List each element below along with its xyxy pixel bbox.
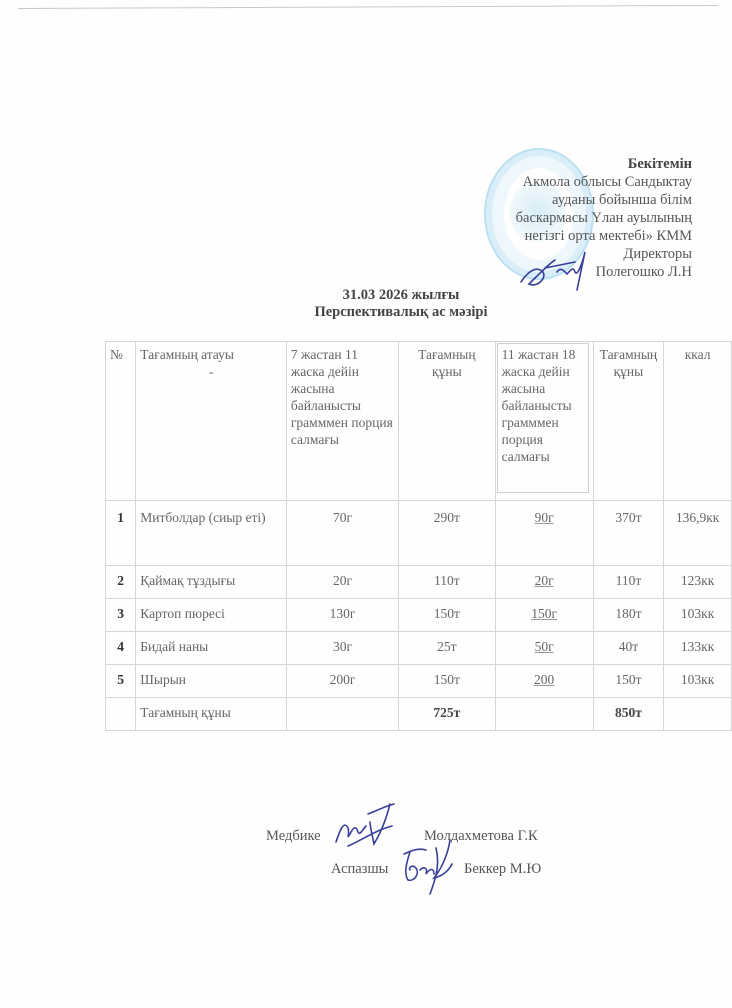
row-price-11-18: 40т	[593, 632, 664, 665]
header-price-7-11: Тағамның құны	[399, 342, 495, 501]
row-grams-7-11: 200г	[286, 665, 398, 698]
table-row: 3 Картоп пюресі 130г 150т 150г 180т 103к…	[106, 599, 732, 632]
row-grams-11-18-cell: 200	[495, 665, 593, 698]
table-row: 5 Шырын 200г 150т 200 150т 103кк	[106, 665, 732, 698]
cook-name: Беккер М.Ю	[464, 861, 541, 878]
row-grams-7-11: 70г	[286, 501, 398, 566]
total-num	[106, 698, 136, 731]
cook-signature-icon	[396, 838, 466, 898]
header-name-label: Тағамның атауы	[140, 346, 282, 363]
approval-line: ауданы бойынша білім	[452, 191, 692, 209]
approval-title: Бекітемін	[452, 155, 692, 173]
header-grams-7-11: 7 жастан 11 жаска дейін жасына байланыст…	[286, 342, 398, 501]
total-label: Тағамның құны	[136, 698, 287, 731]
row-num: 4	[106, 632, 136, 665]
row-price-7-11: 110т	[399, 566, 495, 599]
approval-line: негізгі орта мектебі» КММ	[452, 227, 692, 245]
row-grams-7-11: 30г	[286, 632, 398, 665]
row-kcal: 103кк	[664, 599, 732, 632]
row-num: 5	[106, 665, 136, 698]
row-price-11-18: 150т	[593, 665, 664, 698]
row-price-7-11: 150т	[399, 599, 495, 632]
header-grams-11-18-cell: 11 жастан 18 жаска дейін жасына байланыс…	[495, 342, 593, 501]
row-price-11-18: 180т	[593, 599, 664, 632]
header-num: №	[106, 342, 136, 501]
scan-top-edge	[18, 5, 718, 9]
row-grams-11-18: 50г	[535, 639, 554, 654]
table-total-row: Тағамның құны 725т 850т	[106, 698, 732, 731]
total-price-7-11: 725т	[399, 698, 495, 731]
header-price-11-18: Тағамның құны	[593, 342, 664, 501]
row-name: Картоп пюресі	[136, 599, 287, 632]
row-num: 2	[106, 566, 136, 599]
row-grams-7-11: 130г	[286, 599, 398, 632]
menu-date: 31.03 2026 жылғы	[0, 287, 732, 304]
row-name: Митболдар (сиыр еті)	[136, 501, 287, 566]
row-price-11-18: 110т	[593, 566, 664, 599]
row-grams-11-18-cell: 90г	[495, 501, 593, 566]
row-num: 3	[106, 599, 136, 632]
document-heading: 31.03 2026 жылғы Перспективалық ас мәзір…	[0, 287, 732, 321]
row-name: Бидай наны	[136, 632, 287, 665]
header-name: Тағамның атауы -	[136, 342, 287, 501]
row-price-7-11: 150т	[399, 665, 495, 698]
row-grams-11-18: 150г	[531, 606, 557, 621]
row-price-7-11: 290т	[399, 501, 495, 566]
table-row: 2 Қаймақ тұздығы 20г 110т 20г 110т 123кк	[106, 566, 732, 599]
row-num: 1	[106, 501, 136, 566]
total-empty	[286, 698, 398, 731]
row-grams-11-18: 90г	[535, 510, 554, 525]
row-grams-11-18: 20г	[535, 573, 554, 588]
row-grams-7-11: 20г	[286, 566, 398, 599]
header-kcal: ккал	[664, 342, 732, 501]
approval-line: Акмола облысы Сандыктау	[452, 173, 692, 191]
row-kcal: 103кк	[664, 665, 732, 698]
row-grams-11-18-cell: 50г	[495, 632, 593, 665]
row-grams-11-18-cell: 150г	[495, 599, 593, 632]
row-name: Қаймақ тұздығы	[136, 566, 287, 599]
row-grams-11-18: 200	[534, 672, 554, 687]
row-kcal: 133кк	[664, 632, 732, 665]
nurse-role: Медбике	[266, 828, 321, 845]
row-name: Шырын	[136, 665, 287, 698]
total-price-11-18: 850т	[593, 698, 664, 731]
total-empty	[495, 698, 593, 731]
header-grams-11-18: 11 жастан 18 жаска дейін жасына байланыс…	[497, 343, 589, 493]
cook-role: Аспазшы	[331, 861, 388, 878]
table-header-row: № Тағамның атауы - 7 жастан 11 жаска дей…	[106, 342, 732, 501]
total-empty	[664, 698, 732, 731]
table-row: 1 Митболдар (сиыр еті) 70г 290т 90г 370т…	[106, 501, 732, 566]
menu-table: № Тағамның атауы - 7 жастан 11 жаска дей…	[105, 341, 732, 731]
table-row: 4 Бидай наны 30г 25т 50г 40т 133кк	[106, 632, 732, 665]
row-kcal: 136,9кк	[664, 501, 732, 566]
header-name-mark: -	[140, 363, 282, 380]
row-price-11-18: 370т	[593, 501, 664, 566]
row-price-7-11: 25т	[399, 632, 495, 665]
row-kcal: 123кк	[664, 566, 732, 599]
approval-line: баскармасы Үлан ауылының	[452, 209, 692, 227]
row-grams-11-18-cell: 20г	[495, 566, 593, 599]
menu-title: Перспективалық ас мәзірі	[0, 304, 732, 321]
